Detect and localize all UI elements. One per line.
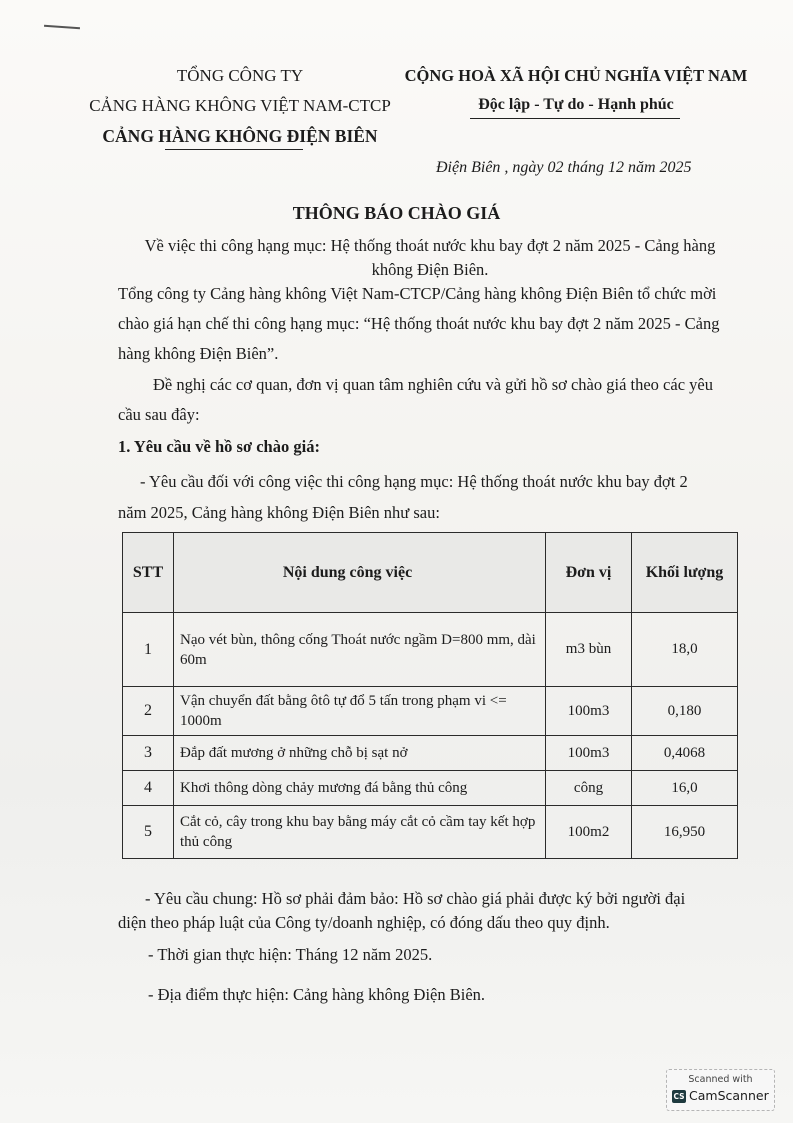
row-stt: 1 bbox=[123, 613, 174, 687]
header-quantity: Khối lượng bbox=[632, 533, 738, 613]
motto-underline bbox=[470, 118, 680, 119]
row-content: Cắt cỏ, cây trong khu bay bằng máy cắt c… bbox=[174, 806, 546, 859]
row-quantity: 0,4068 bbox=[632, 736, 738, 771]
request-line-2: cầu sau đây: bbox=[118, 405, 200, 425]
execution-time: - Thời gian thực hiện: Tháng 12 năm 2025… bbox=[148, 945, 432, 965]
table-row: 3 Đắp đất mương ở những chỗ bị sạt nở 10… bbox=[123, 736, 738, 771]
row-content: Khơi thông dòng chảy mương đá bằng thủ c… bbox=[174, 771, 546, 806]
row-unit: 100m2 bbox=[546, 806, 632, 859]
intro-line-3: hàng không Điện Biên”. bbox=[118, 344, 278, 364]
row-content: Đắp đất mương ở những chỗ bị sạt nở bbox=[174, 736, 546, 771]
intro-line-2: chào giá hạn chế thi công hạng mục: “Hệ … bbox=[118, 314, 719, 334]
row-stt: 2 bbox=[123, 687, 174, 736]
row-quantity: 18,0 bbox=[632, 613, 738, 687]
row-unit: m3 bùn bbox=[546, 613, 632, 687]
work-items-table: STT Nội dung công việc Đơn vị Khối lượng… bbox=[122, 532, 738, 859]
org-underline bbox=[165, 149, 303, 150]
document-title: THÔNG BÁO CHÀO GIÁ bbox=[0, 203, 793, 224]
header-stt: STT bbox=[123, 533, 174, 613]
watermark-brand: CamScanner bbox=[689, 1088, 769, 1103]
work-requirement-line-1: - Yêu cầu đối với công việc thi công hạn… bbox=[140, 472, 688, 492]
subject-line-2: không Điện Biên. bbox=[100, 260, 760, 280]
watermark-caption: Scanned with bbox=[667, 1074, 774, 1085]
general-requirement-line-2: diện theo pháp luật của Công ty/doanh ng… bbox=[118, 913, 610, 933]
camscanner-watermark: Scanned with CS CamScanner bbox=[666, 1069, 775, 1111]
national-motto: Độc lập - Tự do - Hạnh phúc bbox=[392, 96, 760, 114]
execution-place: - Địa điểm thực hiện: Cảng hàng không Đi… bbox=[148, 985, 485, 1005]
row-quantity: 16,0 bbox=[632, 771, 738, 806]
table-row: 5 Cắt cỏ, cây trong khu bay bằng máy cắt… bbox=[123, 806, 738, 859]
row-unit: 100m3 bbox=[546, 687, 632, 736]
general-requirement-line-1: - Yêu cầu chung: Hồ sơ phải đảm bảo: Hồ … bbox=[145, 889, 685, 909]
org-airport: CẢNG HÀNG KHÔNG ĐIỆN BIÊN bbox=[70, 126, 410, 147]
row-unit: 100m3 bbox=[546, 736, 632, 771]
org-parent: TỔNG CÔNG TY bbox=[70, 66, 410, 86]
table-row: 4 Khơi thông dòng chảy mương đá bằng thủ… bbox=[123, 771, 738, 806]
section-heading-1: 1. Yêu cầu về hồ sơ chào giá: bbox=[118, 437, 320, 457]
row-content: Nạo vét bùn, thông cống Thoát nước ngầm … bbox=[174, 613, 546, 687]
row-stt: 5 bbox=[123, 806, 174, 859]
table-row: 1 Nạo vét bùn, thông cống Thoát nước ngầ… bbox=[123, 613, 738, 687]
row-content: Vận chuyển đất bằng ôtô tự đổ 5 tấn tron… bbox=[174, 687, 546, 736]
header-unit: Đơn vị bbox=[546, 533, 632, 613]
document-date: Điện Biên , ngày 02 tháng 12 năm 2025 bbox=[436, 159, 692, 177]
row-quantity: 16,950 bbox=[632, 806, 738, 859]
org-corporation: CẢNG HÀNG KHÔNG VIỆT NAM-CTCP bbox=[70, 96, 410, 116]
work-requirement-line-2: năm 2025, Cảng hàng không Điện Biên như … bbox=[118, 503, 440, 523]
request-line-1: Đề nghị các cơ quan, đơn vị quan tâm ngh… bbox=[153, 375, 713, 395]
intro-line-1: Tổng công ty Cảng hàng không Việt Nam-CT… bbox=[118, 284, 716, 304]
camscanner-logo-icon: CS bbox=[672, 1090, 686, 1103]
row-unit: công bbox=[546, 771, 632, 806]
row-stt: 4 bbox=[123, 771, 174, 806]
subject-line-1: Về việc thi công hạng mục: Hệ thống thoá… bbox=[100, 236, 760, 256]
row-stt: 3 bbox=[123, 736, 174, 771]
national-title: CỘNG HOÀ XÃ HỘI CHỦ NGHĨA VIỆT NAM bbox=[392, 66, 760, 86]
table-row: 2 Vận chuyển đất bằng ôtô tự đổ 5 tấn tr… bbox=[123, 687, 738, 736]
header-content: Nội dung công việc bbox=[174, 533, 546, 613]
row-quantity: 0,180 bbox=[632, 687, 738, 736]
table-header-row: STT Nội dung công việc Đơn vị Khối lượng bbox=[123, 533, 738, 613]
